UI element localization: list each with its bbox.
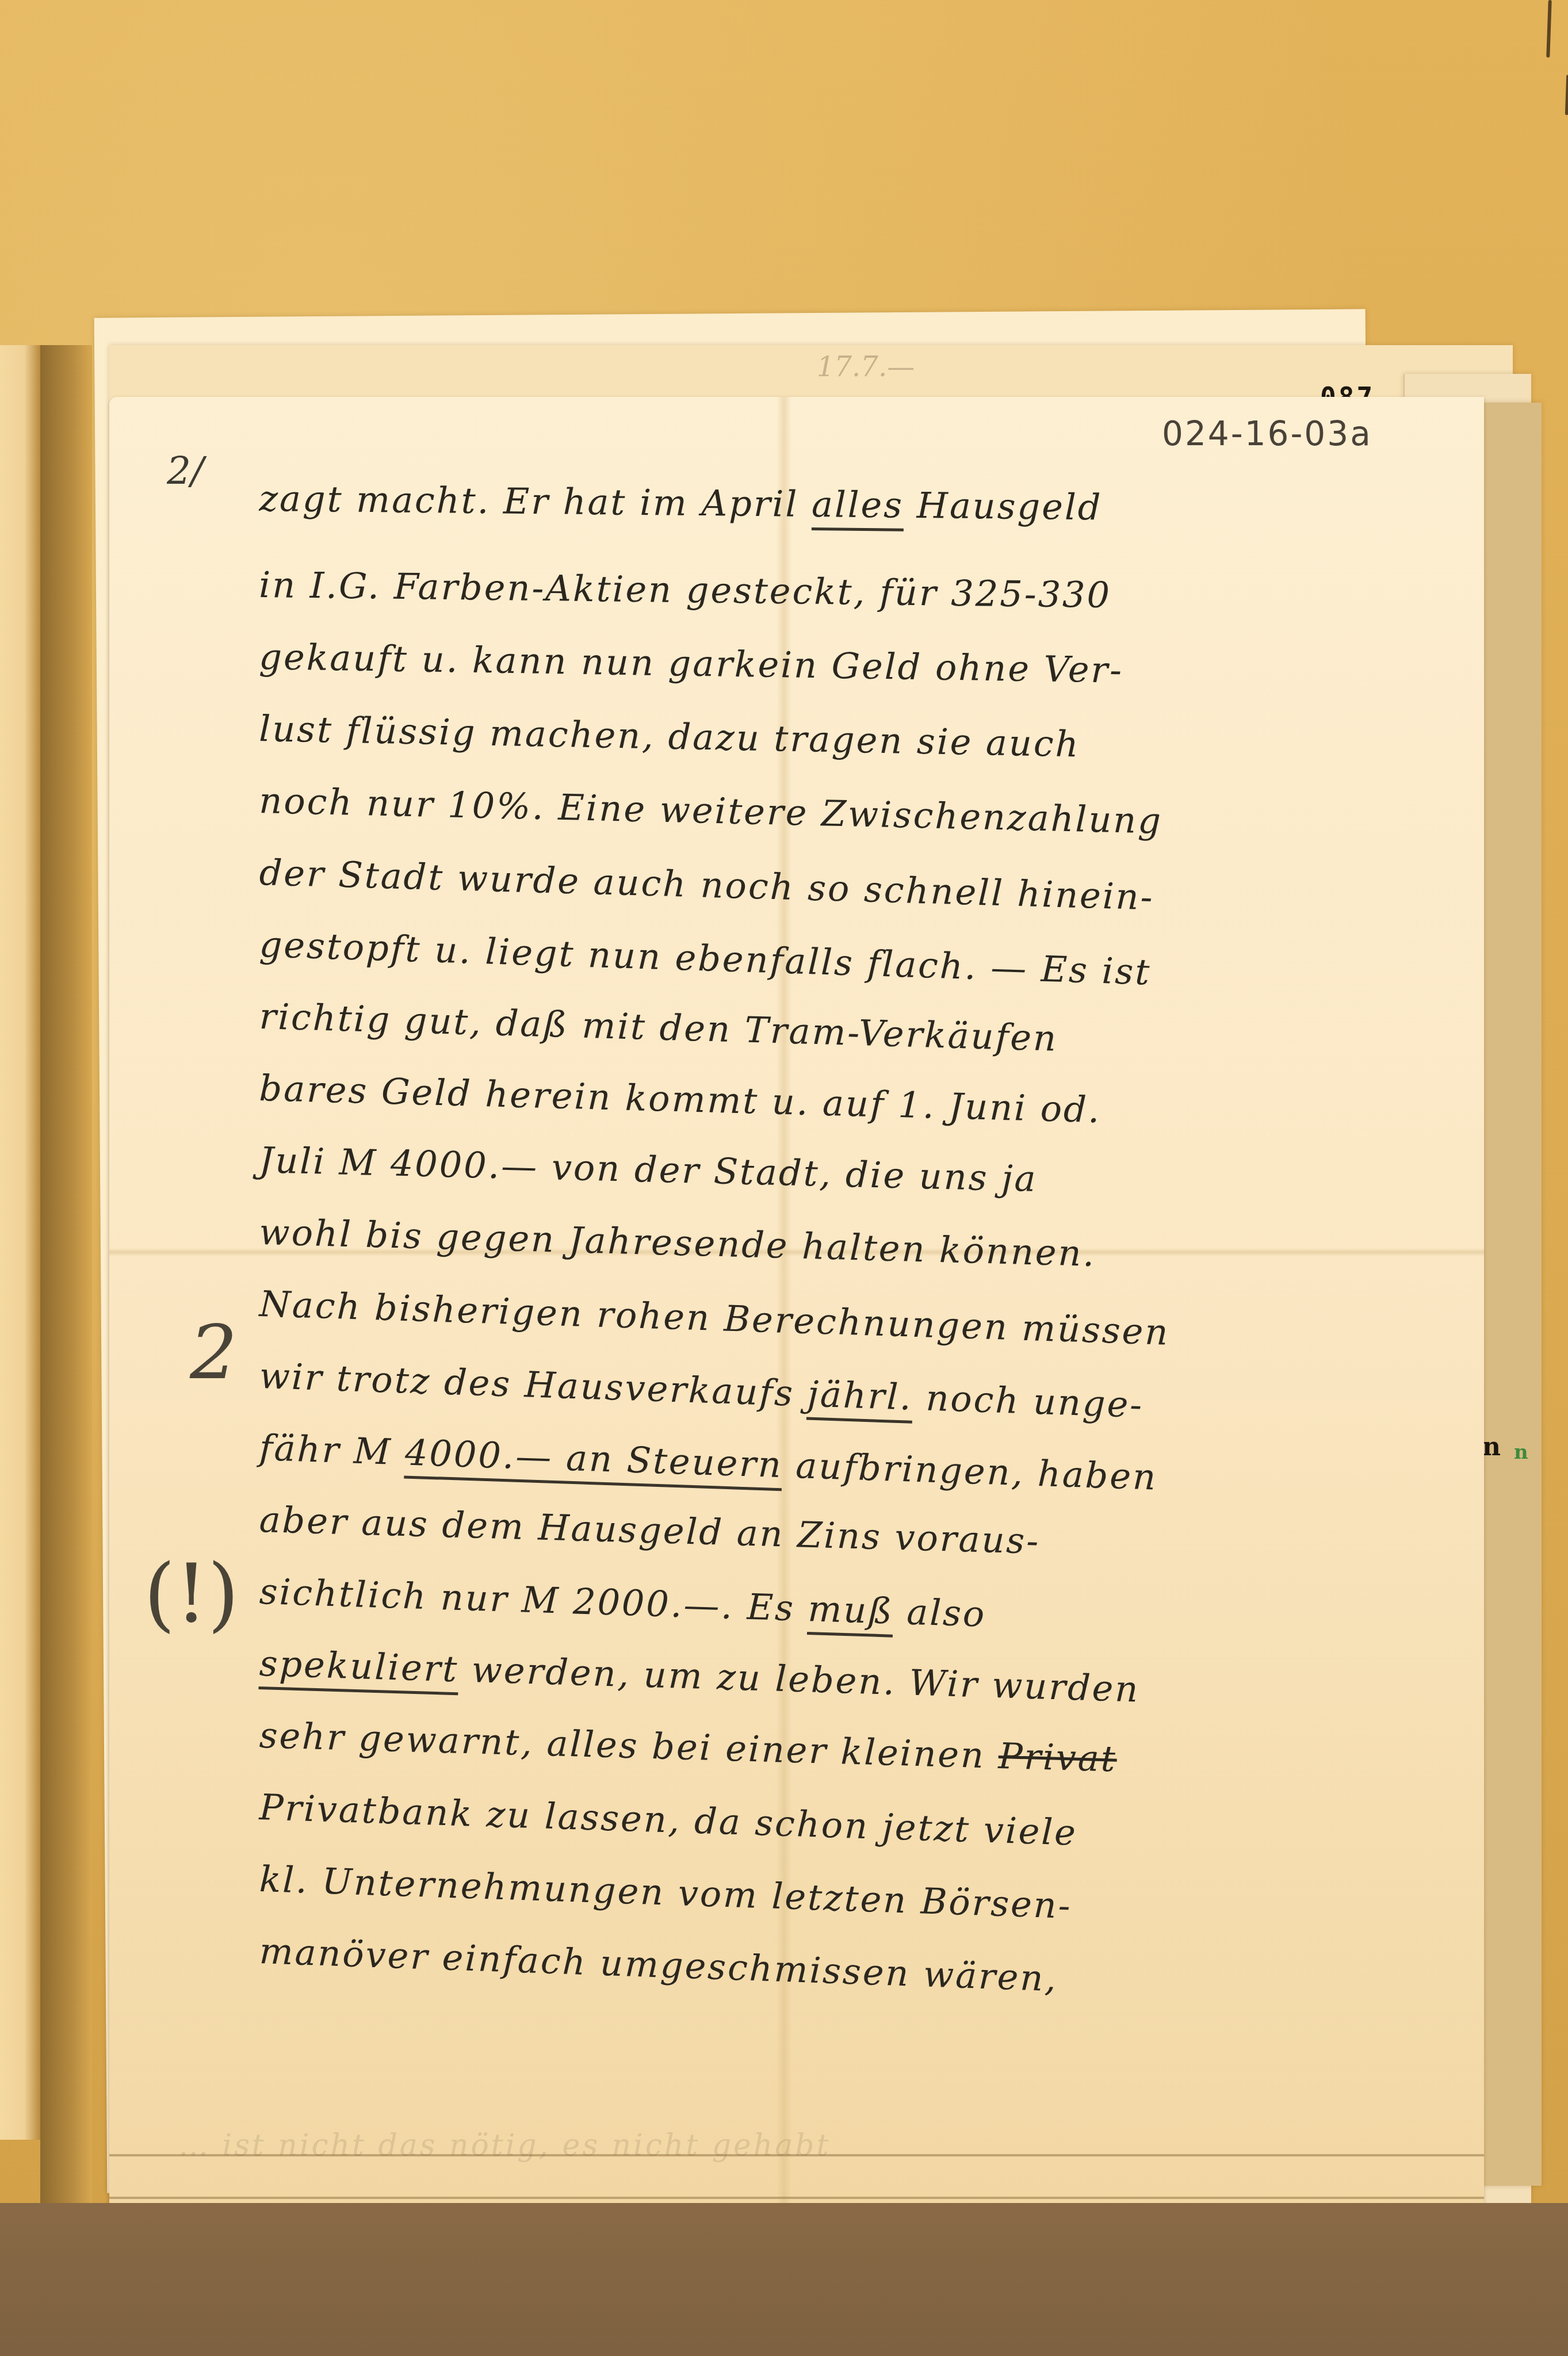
underlined-word: muß — [807, 1588, 894, 1638]
left-folder-spine-shadow — [40, 345, 92, 2215]
margin-section-number: 2 — [190, 1309, 238, 1396]
letter-page: 024-16-03a 2/ 2 (!) zagt macht. Er hat i… — [109, 397, 1484, 2220]
handwritten-text-block: zagt macht. Er hat im April alles Hausge… — [259, 477, 1455, 2002]
edge-tab-letter-black: n — [1482, 1432, 1501, 1462]
left-paper-stack — [0, 345, 43, 2140]
struck-word: Privat — [998, 1735, 1118, 1780]
bleed-through-text: … ist nicht das nötig, es nicht gehabt — [178, 2128, 831, 2163]
handwritten-line: zagt macht. Er hat im April alles Hausge… — [258, 477, 1455, 576]
page-number: 2/ — [167, 449, 204, 493]
edge-tab-letter-green: n — [1514, 1441, 1528, 1464]
underlined-word: jährl. — [806, 1373, 913, 1424]
margin-exclamation-mark: (!) — [144, 1547, 239, 1641]
handwritten-line: in I.G. Farben-Aktien gesteckt, für 325-… — [258, 564, 1455, 650]
desk-surface — [0, 2203, 1568, 2356]
archive-reference-number: 024-16-03a — [1162, 414, 1372, 453]
faint-date-text: 17.7.— — [817, 351, 915, 383]
stamped-sheet-number: 087 — [1320, 380, 1375, 397]
underlined-word: spekuliert — [258, 1642, 459, 1695]
underlined-word: alles — [811, 483, 904, 531]
